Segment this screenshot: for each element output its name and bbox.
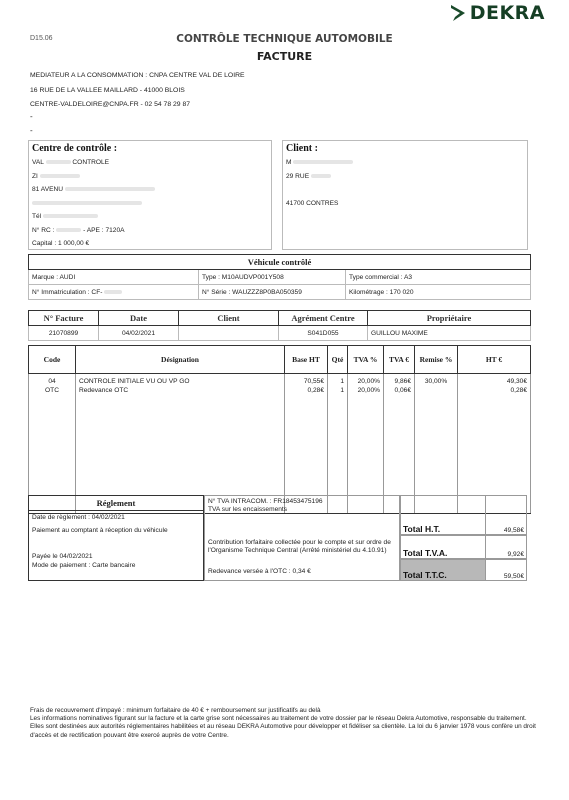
client-street: 29 RUE (286, 173, 331, 180)
mediator-contact: CENTRE-VALDELOIRE@CNPA.FR - 02 54 78 29 … (30, 101, 190, 108)
invoice-client (179, 326, 279, 341)
total-ht-value: 49,58€ (485, 496, 526, 534)
header-date: Date (99, 311, 179, 326)
header-client: Client (179, 311, 279, 326)
vehicle-heading: Véhicule contrôlé (29, 255, 531, 270)
total-tva-row: Total T.V.A. 9,92€ (400, 535, 527, 559)
otc-fee-note: Redevance versée à l'OTC : 0,34 € (208, 568, 311, 575)
centre-approval: S041D055 (279, 326, 368, 341)
bullet-mark: - (30, 112, 33, 121)
header-centre-approval: Agrément Centre (279, 311, 368, 326)
centre-phone: Tél (32, 213, 98, 220)
total-tva-label: Total T.V.A. (401, 536, 485, 558)
client-heading: Client : (286, 143, 318, 154)
total-ttc-row: Total T.T.C. 59,50€ (400, 559, 527, 581)
invoice-date: 04/02/2021 (99, 326, 179, 341)
vehicle-mileage: Kilométrage : 170 020 (346, 285, 531, 300)
centre-box: Centre de contrôle : VAL CONTROLE ZI 81 … (28, 140, 272, 250)
paid-on: Payée le 04/02/2021 (32, 553, 93, 560)
centre-capital: Capital : 1 000,00 € (32, 240, 89, 247)
header-vat-amount: TVA € (384, 346, 415, 374)
total-tva-value: 9,92€ (485, 536, 526, 558)
dekra-arrow-icon (450, 4, 466, 22)
header-designation: Désignation (76, 346, 285, 374)
client-city: 41700 CONTRES (286, 200, 338, 207)
total-ht-label: Total H.T. (401, 496, 485, 534)
header-owner: Propriétaire (368, 311, 531, 326)
vat-intracom: N° TVA INTRACOM. : FR18453475196 (208, 498, 323, 505)
owner-name: GUILLOU MAXIME (368, 326, 531, 341)
payment-box: Réglement Date de règlement : 04/02/2021… (28, 495, 204, 581)
mediator-address: 16 RUE DE LA VALLEE MAILLARD - 41000 BLO… (30, 87, 185, 94)
header-code: Code (29, 346, 76, 374)
contribution-note: Contribution forfaitaire collectée pour … (208, 539, 396, 555)
bullet-mark: - (30, 126, 33, 135)
vehicle-commercial-type: Type commercial : A3 (346, 270, 531, 285)
centre-name: VAL CONTROLE (32, 159, 109, 166)
client-name: M (286, 159, 353, 166)
invoice-number: 21070899 (29, 326, 99, 341)
dekra-logo: DEKRA (450, 2, 545, 24)
footer-notes: Frais de recouvrement d'impayé : minimum… (30, 707, 540, 740)
centre-street: 81 AVENU (32, 186, 155, 193)
header-discount: Remise % (415, 346, 458, 374)
payment-date: Date de règlement : 04/02/2021 (32, 514, 125, 521)
invoice-info-table: N° Facture Date Client Agrément Centre P… (28, 310, 531, 341)
vehicle-type: Type : M10AUDVP001Y508 (199, 270, 346, 285)
vehicle-serial: N° Série : WAUZZZ8P0BA050359 (199, 285, 346, 300)
header-base-ht: Base HT (285, 346, 328, 374)
total-ttc-label: Total T.T.C. (401, 560, 485, 580)
totals-box: Total H.T. 49,58€ Total T.V.A. 9,92€ Tot… (400, 495, 527, 581)
table-row: 04 CONTROLE INITIALE VU OU VP GO 70,55€ … (29, 374, 531, 387)
centre-city (32, 200, 142, 207)
centre-heading: Centre de contrôle : (32, 143, 117, 154)
payment-heading: Réglement (29, 496, 203, 511)
vehicle-registration: N° Immatriculation : CF- (29, 285, 199, 300)
header-vat-percent: TVA % (348, 346, 384, 374)
table-row: OTC Redevance OTC 0,28€ 1 20,00% 0,06€ 0… (29, 386, 531, 395)
header-ht-amount: HT € (458, 346, 531, 374)
payment-terms: Paiement au comptant à réception du véhi… (32, 527, 168, 534)
vehicle-make: Marque : AUDI (29, 270, 199, 285)
privacy-note: Les informations nominatives figurant su… (30, 715, 540, 740)
payment-method: Mode de paiement : Carte bancaire (32, 562, 135, 569)
header-quantity: Qté (328, 346, 348, 374)
vat-info-box: N° TVA INTRACOM. : FR18453475196 TVA sur… (204, 495, 400, 581)
document-subtitle: FACTURE (0, 50, 569, 63)
total-ttc-value: 59,50€ (485, 560, 526, 580)
items-table: Code Désignation Base HT Qté TVA % TVA €… (28, 345, 531, 514)
vat-on-receipts: TVA sur les encaissements (208, 506, 287, 513)
mediator-line: MEDIATEUR A LA CONSOMMATION : CNPA CENTR… (30, 72, 245, 79)
centre-zone: ZI (32, 173, 80, 180)
document-title: CONTRÔLE TECHNIQUE AUTOMOBILE (0, 33, 569, 45)
client-box: Client : M 29 RUE 41700 CONTRES (282, 140, 528, 250)
header-invoice-number: N° Facture (29, 311, 99, 326)
logo-text: DEKRA (470, 2, 545, 24)
late-payment-note: Frais de recouvrement d'impayé : minimum… (30, 707, 540, 715)
total-ht-row: Total H.T. 49,58€ (400, 495, 527, 535)
vehicle-table: Véhicule contrôlé Marque : AUDI Type : M… (28, 254, 531, 300)
centre-rc: N° RC : - APE : 7120A (32, 227, 125, 234)
